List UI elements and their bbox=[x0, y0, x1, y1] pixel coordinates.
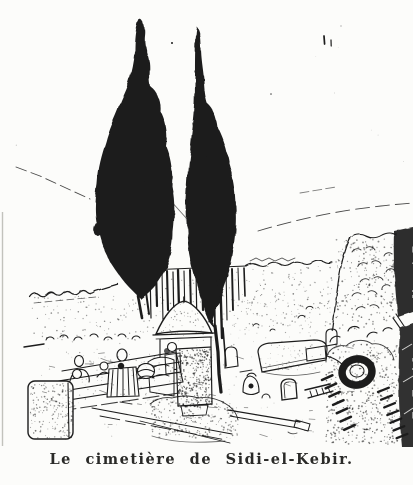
left-tree-trunk bbox=[138, 296, 142, 318]
fallen-slabs bbox=[228, 384, 333, 434]
distant-figures-squiggles bbox=[24, 334, 140, 347]
dark-edge-upper bbox=[394, 227, 413, 317]
cemetery-engraving bbox=[0, 0, 413, 448]
tomb-ring-opening bbox=[340, 356, 375, 388]
tombstone bbox=[225, 347, 238, 368]
right-tree-trunk bbox=[215, 326, 221, 392]
cypress-trees bbox=[93, 19, 236, 328]
right-wall-structure bbox=[332, 227, 413, 447]
mid-tombstones bbox=[225, 306, 345, 400]
cypress-tree-left bbox=[93, 19, 174, 299]
figure-caption: Le cimetière de Sidi-el-Kebir. bbox=[0, 451, 403, 468]
tombstone bbox=[326, 329, 337, 346]
scanned-book-page: Le cimetière de Sidi-el-Kebir. bbox=[0, 0, 413, 485]
cemetery-wall bbox=[30, 258, 332, 303]
bush-scribbles bbox=[352, 247, 394, 310]
